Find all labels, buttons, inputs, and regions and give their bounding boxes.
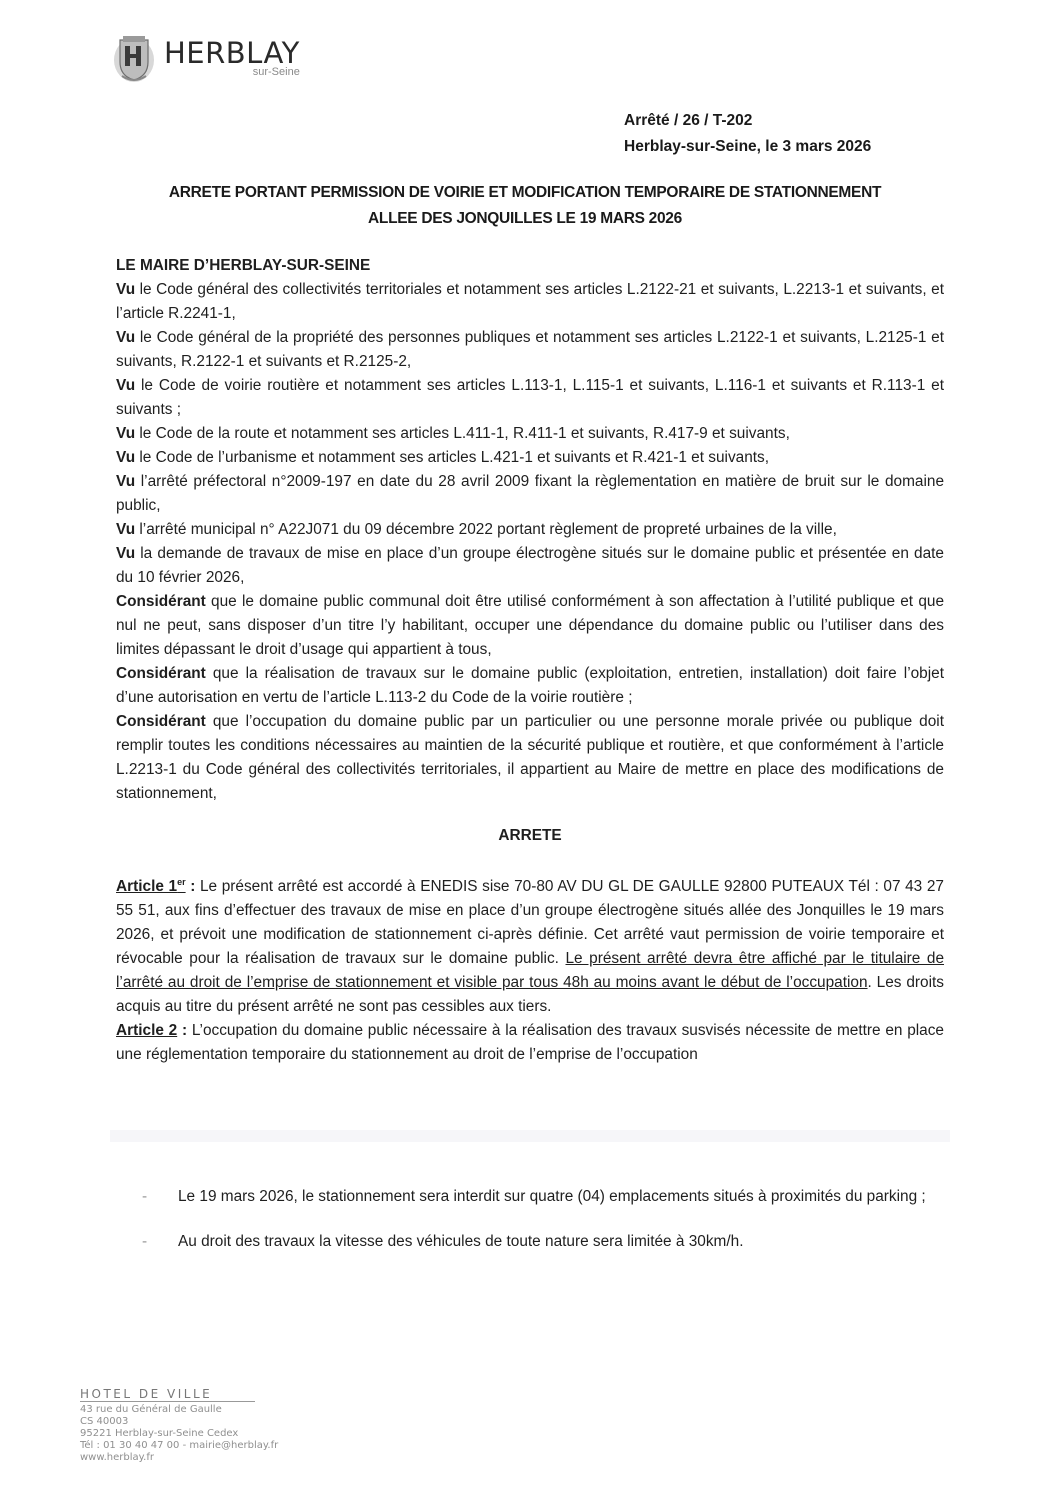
preamble-clause: Vu le Code général des collectivités ter… xyxy=(116,278,944,326)
footer-title: HOTEL DE VILLE xyxy=(80,1388,255,1402)
clause-text: le Code de voirie routière et notamment … xyxy=(116,377,944,418)
article-1-label: Article 1er xyxy=(116,878,186,895)
preamble-clause: Vu le Code de l’urbanisme et notamment s… xyxy=(116,446,944,470)
clause-keyword: Vu xyxy=(116,521,135,538)
article-2-separator: : xyxy=(177,1022,192,1039)
article-1: Article 1er : Le présent arrêté est acco… xyxy=(116,870,944,1019)
clause-text: le Code général des collectivités territ… xyxy=(116,281,944,322)
clause-keyword: Vu xyxy=(116,425,135,442)
dash-bullet-icon: - xyxy=(142,1225,178,1258)
clause-keyword: Considérant xyxy=(116,713,206,730)
preamble-clause: Vu le Code général de la propriété des p… xyxy=(116,326,944,374)
preamble-clause: Vu la demande de travaux de mise en plac… xyxy=(116,542,944,590)
document-title: ARRETE PORTANT PERMISSION DE VOIRIE ET M… xyxy=(100,180,950,232)
clause-keyword: Vu xyxy=(116,281,135,298)
clause-keyword: Vu xyxy=(116,545,135,562)
municipal-crest-icon xyxy=(112,32,156,84)
article-1-label-text: Article 1 xyxy=(116,878,177,895)
title-line-2: ALLEE DES JONQUILLES LE 19 MARS 2026 xyxy=(100,206,950,232)
dash-bullet-icon: - xyxy=(142,1180,178,1213)
preamble-clause: Considérant que l’occupation du domaine … xyxy=(116,710,944,806)
footer-line: Tél : 01 30 40 47 00 - mairie@herblay.fr xyxy=(80,1440,278,1452)
title-line-1: ARRETE PORTANT PERMISSION DE VOIRIE ET M… xyxy=(100,180,950,206)
preamble-clause: Vu l’arrêté municipal n° A22J071 du 09 d… xyxy=(116,518,944,542)
place-and-date: Herblay-sur-Seine, le 3 mars 2026 xyxy=(624,134,871,160)
measure-item: - Au droit des travaux la vitesse des vé… xyxy=(142,1225,942,1258)
clause-text: le Code de l’urbanisme et notamment ses … xyxy=(135,449,769,466)
footer-line: CS 40003 xyxy=(80,1416,278,1428)
reference-block: Arrêté / 26 / T-202 Herblay-sur-Seine, l… xyxy=(624,108,871,160)
clause-text: que le domaine public communal doit être… xyxy=(116,593,944,658)
footer-line: www.herblay.fr xyxy=(80,1452,278,1464)
preamble-clause: Vu l’arrêté préfectoral n°2009-197 en da… xyxy=(116,470,944,518)
clause-text: que l’occupation du domaine public par u… xyxy=(116,713,944,802)
document-body: LE MAIRE D’HERBLAY-SUR-SEINE Vu le Code … xyxy=(116,254,944,1067)
document-page: HERBLAY sur-Seine Arrêté / 26 / T-202 He… xyxy=(0,0,1058,1497)
logo-name: HERBLAY xyxy=(164,38,300,68)
article-2-text: L’occupation du domaine public nécessair… xyxy=(116,1022,944,1063)
decree-reference: Arrêté / 26 / T-202 xyxy=(624,108,871,134)
footer-line: 43 rue du Général de Gaulle xyxy=(80,1404,278,1416)
clause-keyword: Vu xyxy=(116,377,135,394)
article-2-label: Article 2 xyxy=(116,1022,177,1039)
clause-text: que la réalisation de travaux sur le dom… xyxy=(116,665,944,706)
preamble-clause: Vu le Code de voirie routière et notamme… xyxy=(116,374,944,422)
article-1-separator: : xyxy=(186,878,200,895)
footer-line: 95221 Herblay-sur-Seine Cedex xyxy=(80,1428,278,1440)
clause-keyword: Vu xyxy=(116,449,135,466)
article-2: Article 2 : L’occupation du domaine publ… xyxy=(116,1019,944,1067)
issuing-authority: LE MAIRE D’HERBLAY-SUR-SEINE xyxy=(116,254,944,278)
measures-list: - Le 19 mars 2026, le stationnement sera… xyxy=(142,1180,942,1270)
footer-address: HOTEL DE VILLE 43 rue du Général de Gaul… xyxy=(80,1388,278,1464)
preamble-clause: Considérant que le domaine public commun… xyxy=(116,590,944,662)
scan-artifact-band xyxy=(110,1130,950,1142)
decision-heading: ARRETE xyxy=(116,824,944,848)
measure-item: - Le 19 mars 2026, le stationnement sera… xyxy=(142,1180,942,1213)
preamble-clause: Vu le Code de la route et notamment ses … xyxy=(116,422,944,446)
clause-text: la demande de travaux de mise en place d… xyxy=(116,545,944,586)
article-1-label-sup: er xyxy=(177,877,186,887)
measure-text: Au droit des travaux la vitesse des véhi… xyxy=(178,1225,942,1258)
logo-subtitle: sur-Seine xyxy=(253,66,300,78)
preamble-clause: Considérant que la réalisation de travau… xyxy=(116,662,944,710)
clause-keyword: Considérant xyxy=(116,593,206,610)
clause-keyword: Vu xyxy=(116,329,135,346)
clause-text: le Code de la route et notamment ses art… xyxy=(135,425,790,442)
clause-keyword: Vu xyxy=(116,473,135,490)
clause-text: l’arrêté municipal n° A22J071 du 09 déce… xyxy=(135,521,837,538)
clause-text: l’arrêté préfectoral n°2009-197 en date … xyxy=(116,473,944,514)
clause-keyword: Considérant xyxy=(116,665,206,682)
clause-text: le Code général de la propriété des pers… xyxy=(116,329,944,370)
herblay-logo: HERBLAY sur-Seine xyxy=(112,32,300,84)
measure-text: Le 19 mars 2026, le stationnement sera i… xyxy=(178,1180,942,1213)
